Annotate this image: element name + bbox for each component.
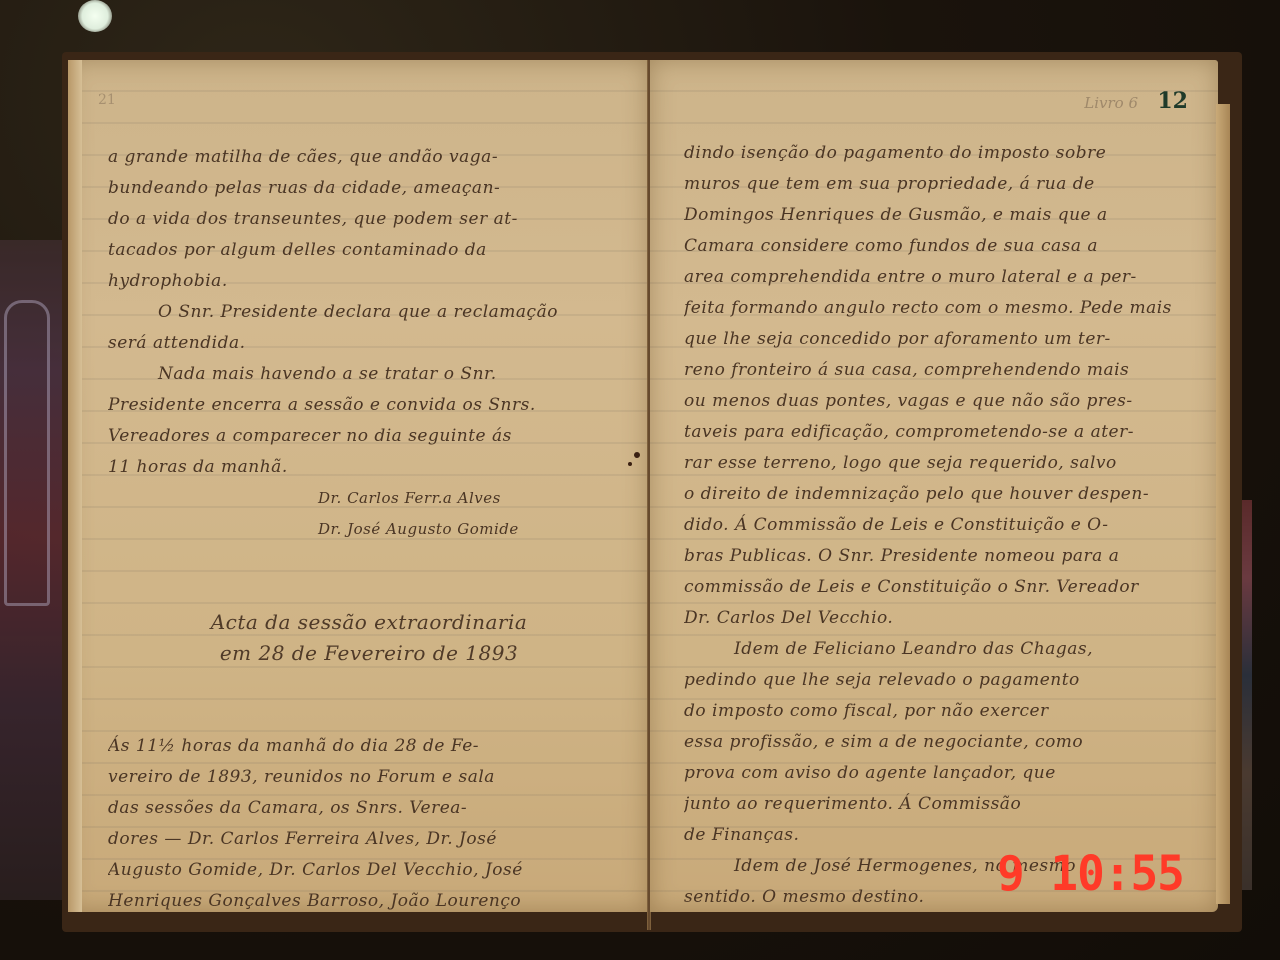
text-line: tacados por algum delles contaminado da xyxy=(108,235,630,266)
text-line: do imposto como fiscal, por não exercer xyxy=(684,696,1198,727)
open-ledger-book: 21 a grande matilha de cães, que andão v… xyxy=(68,60,1228,930)
page-edge-right xyxy=(1216,104,1230,904)
text-line: Henriques Gonçalves Barroso, João Louren… xyxy=(108,886,630,917)
ink-blot xyxy=(634,452,640,458)
page-number: 12 xyxy=(1157,88,1188,114)
text-line: Augusto Gomide, Dr. Carlos Del Vecchio, … xyxy=(108,855,630,886)
page-edge-left xyxy=(68,60,82,912)
text-line: essa profissão, e sim a de negociante, c… xyxy=(684,727,1198,758)
camera-flash-reflection xyxy=(78,0,112,32)
text-line: dindo isenção do pagamento do imposto so… xyxy=(684,138,1198,169)
text-line: Ás 11½ horas da manhã do dia 28 de Fe- xyxy=(108,731,630,762)
text-line: 11 horas da manhã. xyxy=(108,452,630,483)
right-page-text: dindo isenção do pagamento do imposto so… xyxy=(684,138,1198,913)
text-line: o direito de indemnização pelo que houve… xyxy=(684,479,1198,510)
text-line: Dr. Carlos Del Vecchio. xyxy=(684,603,1198,634)
text-line: hydrophobia. xyxy=(108,266,630,297)
text-line: Camara considere como fundos de sua casa… xyxy=(684,231,1198,262)
text-line: taveis para edificação, comprometendo-se… xyxy=(684,417,1198,448)
minutes-heading: Acta da sessão extraordinaria xyxy=(108,607,630,638)
text-line: será attendida. xyxy=(108,328,630,359)
text-line: das sessões da Camara, os Snrs. Verea- xyxy=(108,793,630,824)
text-line: dores — Dr. Carlos Ferreira Alves, Dr. J… xyxy=(108,824,630,855)
text-line: commissão de Leis e Constituição o Snr. … xyxy=(684,572,1198,603)
text-line: Vereadores a comparecer no dia seguinte … xyxy=(108,421,630,452)
rug-pattern-left xyxy=(0,240,62,900)
text-line: bras Publicas. O Snr. Presidente nomeou … xyxy=(684,541,1198,572)
text-line: Presidente encerra a sessão e convida os… xyxy=(108,390,630,421)
text-line: pedindo que lhe seja relevado o pagament… xyxy=(684,665,1198,696)
signature: Dr. Carlos Ferr.a Alves xyxy=(108,483,630,514)
camera-timestamp-overlay: 9 10:55 xyxy=(997,845,1184,902)
text-line: que lhe seja concedido por aforamento um… xyxy=(684,324,1198,355)
text-line: reno fronteiro á sua casa, comprehendend… xyxy=(684,355,1198,386)
ink-blot xyxy=(628,462,632,466)
right-page: Livro 6 12 dindo isenção do pagamento do… xyxy=(650,60,1218,912)
text-line: prova com aviso do agente lançador, que xyxy=(684,758,1198,789)
faint-corner-mark: 21 xyxy=(98,92,116,108)
text-line: do a vida dos transeuntes, que podem ser… xyxy=(108,204,630,235)
text-line: a grande matilha de cães, que andão vaga… xyxy=(108,142,630,173)
text-line: rar esse terreno, logo que seja requerid… xyxy=(684,448,1198,479)
text-line: Nada mais havendo a se tratar o Snr. xyxy=(108,359,630,390)
text-line: bundeando pelas ruas da cidade, ameaçan- xyxy=(108,173,630,204)
folio-note: Livro 6 xyxy=(1084,94,1138,112)
left-page: 21 a grande matilha de cães, que andão v… xyxy=(68,60,648,912)
text-line: muros que tem em sua propriedade, á rua … xyxy=(684,169,1198,200)
text-line: feita formando angulo recto com o mesmo.… xyxy=(684,293,1198,324)
text-line: vereiro de 1893, reunidos no Forum e sal… xyxy=(108,762,630,793)
left-page-text: a grande matilha de cães, que andão vaga… xyxy=(108,142,630,917)
text-line: junto ao requerimento. Á Commissão xyxy=(684,789,1198,820)
text-line: Idem de Feliciano Leandro das Chagas, xyxy=(684,634,1198,665)
minutes-date: em 28 de Fevereiro de 1893 xyxy=(108,638,630,669)
text-line: dido. Á Commissão de Leis e Constituição… xyxy=(684,510,1198,541)
text-line: Domingos Henriques de Gusmão, e mais que… xyxy=(684,200,1198,231)
text-line: O Snr. Presidente declara que a reclamaç… xyxy=(108,297,630,328)
text-line: area comprehendida entre o muro lateral … xyxy=(684,262,1198,293)
signature: Dr. José Augusto Gomide xyxy=(108,514,630,545)
text-line: ou menos duas pontes, vagas e que não sã… xyxy=(684,386,1198,417)
